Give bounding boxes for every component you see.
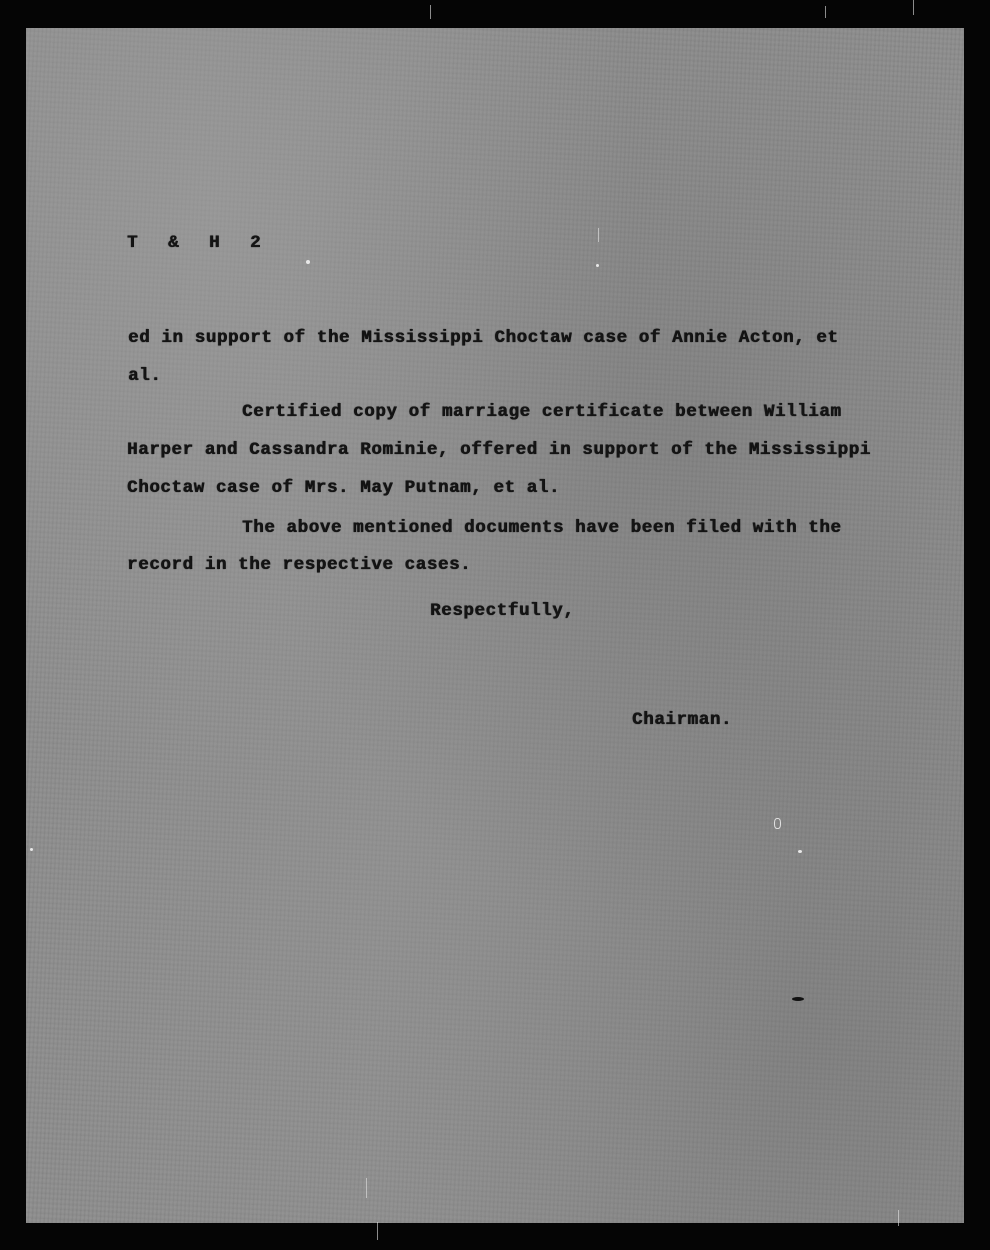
film-speck bbox=[596, 264, 599, 267]
document-page: T & H 2 ed in support of the Mississippi… bbox=[26, 28, 964, 1223]
body-line: Certified copy of marriage certificate b… bbox=[242, 402, 842, 422]
film-speck bbox=[30, 848, 33, 851]
film-speck bbox=[774, 818, 781, 829]
film-scratch bbox=[430, 5, 431, 19]
film-speck bbox=[306, 260, 310, 264]
film-scratch bbox=[598, 228, 599, 242]
body-line: Harper and Cassandra Rominie, offered in… bbox=[127, 440, 871, 460]
signature-title: Chairman. bbox=[632, 710, 732, 730]
film-scratch bbox=[898, 1210, 899, 1226]
film-scratch bbox=[825, 6, 826, 18]
film-scratch bbox=[913, 0, 914, 15]
body-line: ed in support of the Mississippi Choctaw… bbox=[128, 328, 839, 348]
film-speck bbox=[798, 850, 802, 853]
body-line: Choctaw case of Mrs. May Putnam, et al. bbox=[127, 478, 560, 498]
page-header: T & H 2 bbox=[127, 233, 271, 253]
body-line: al. bbox=[128, 366, 161, 386]
body-line: record in the respective cases. bbox=[127, 555, 471, 575]
body-line: The above mentioned documents have been … bbox=[242, 518, 842, 538]
film-scratch bbox=[377, 1222, 378, 1240]
ink-mark bbox=[792, 997, 804, 1001]
closing: Respectfully, bbox=[430, 601, 574, 621]
film-scratch bbox=[366, 1178, 367, 1198]
